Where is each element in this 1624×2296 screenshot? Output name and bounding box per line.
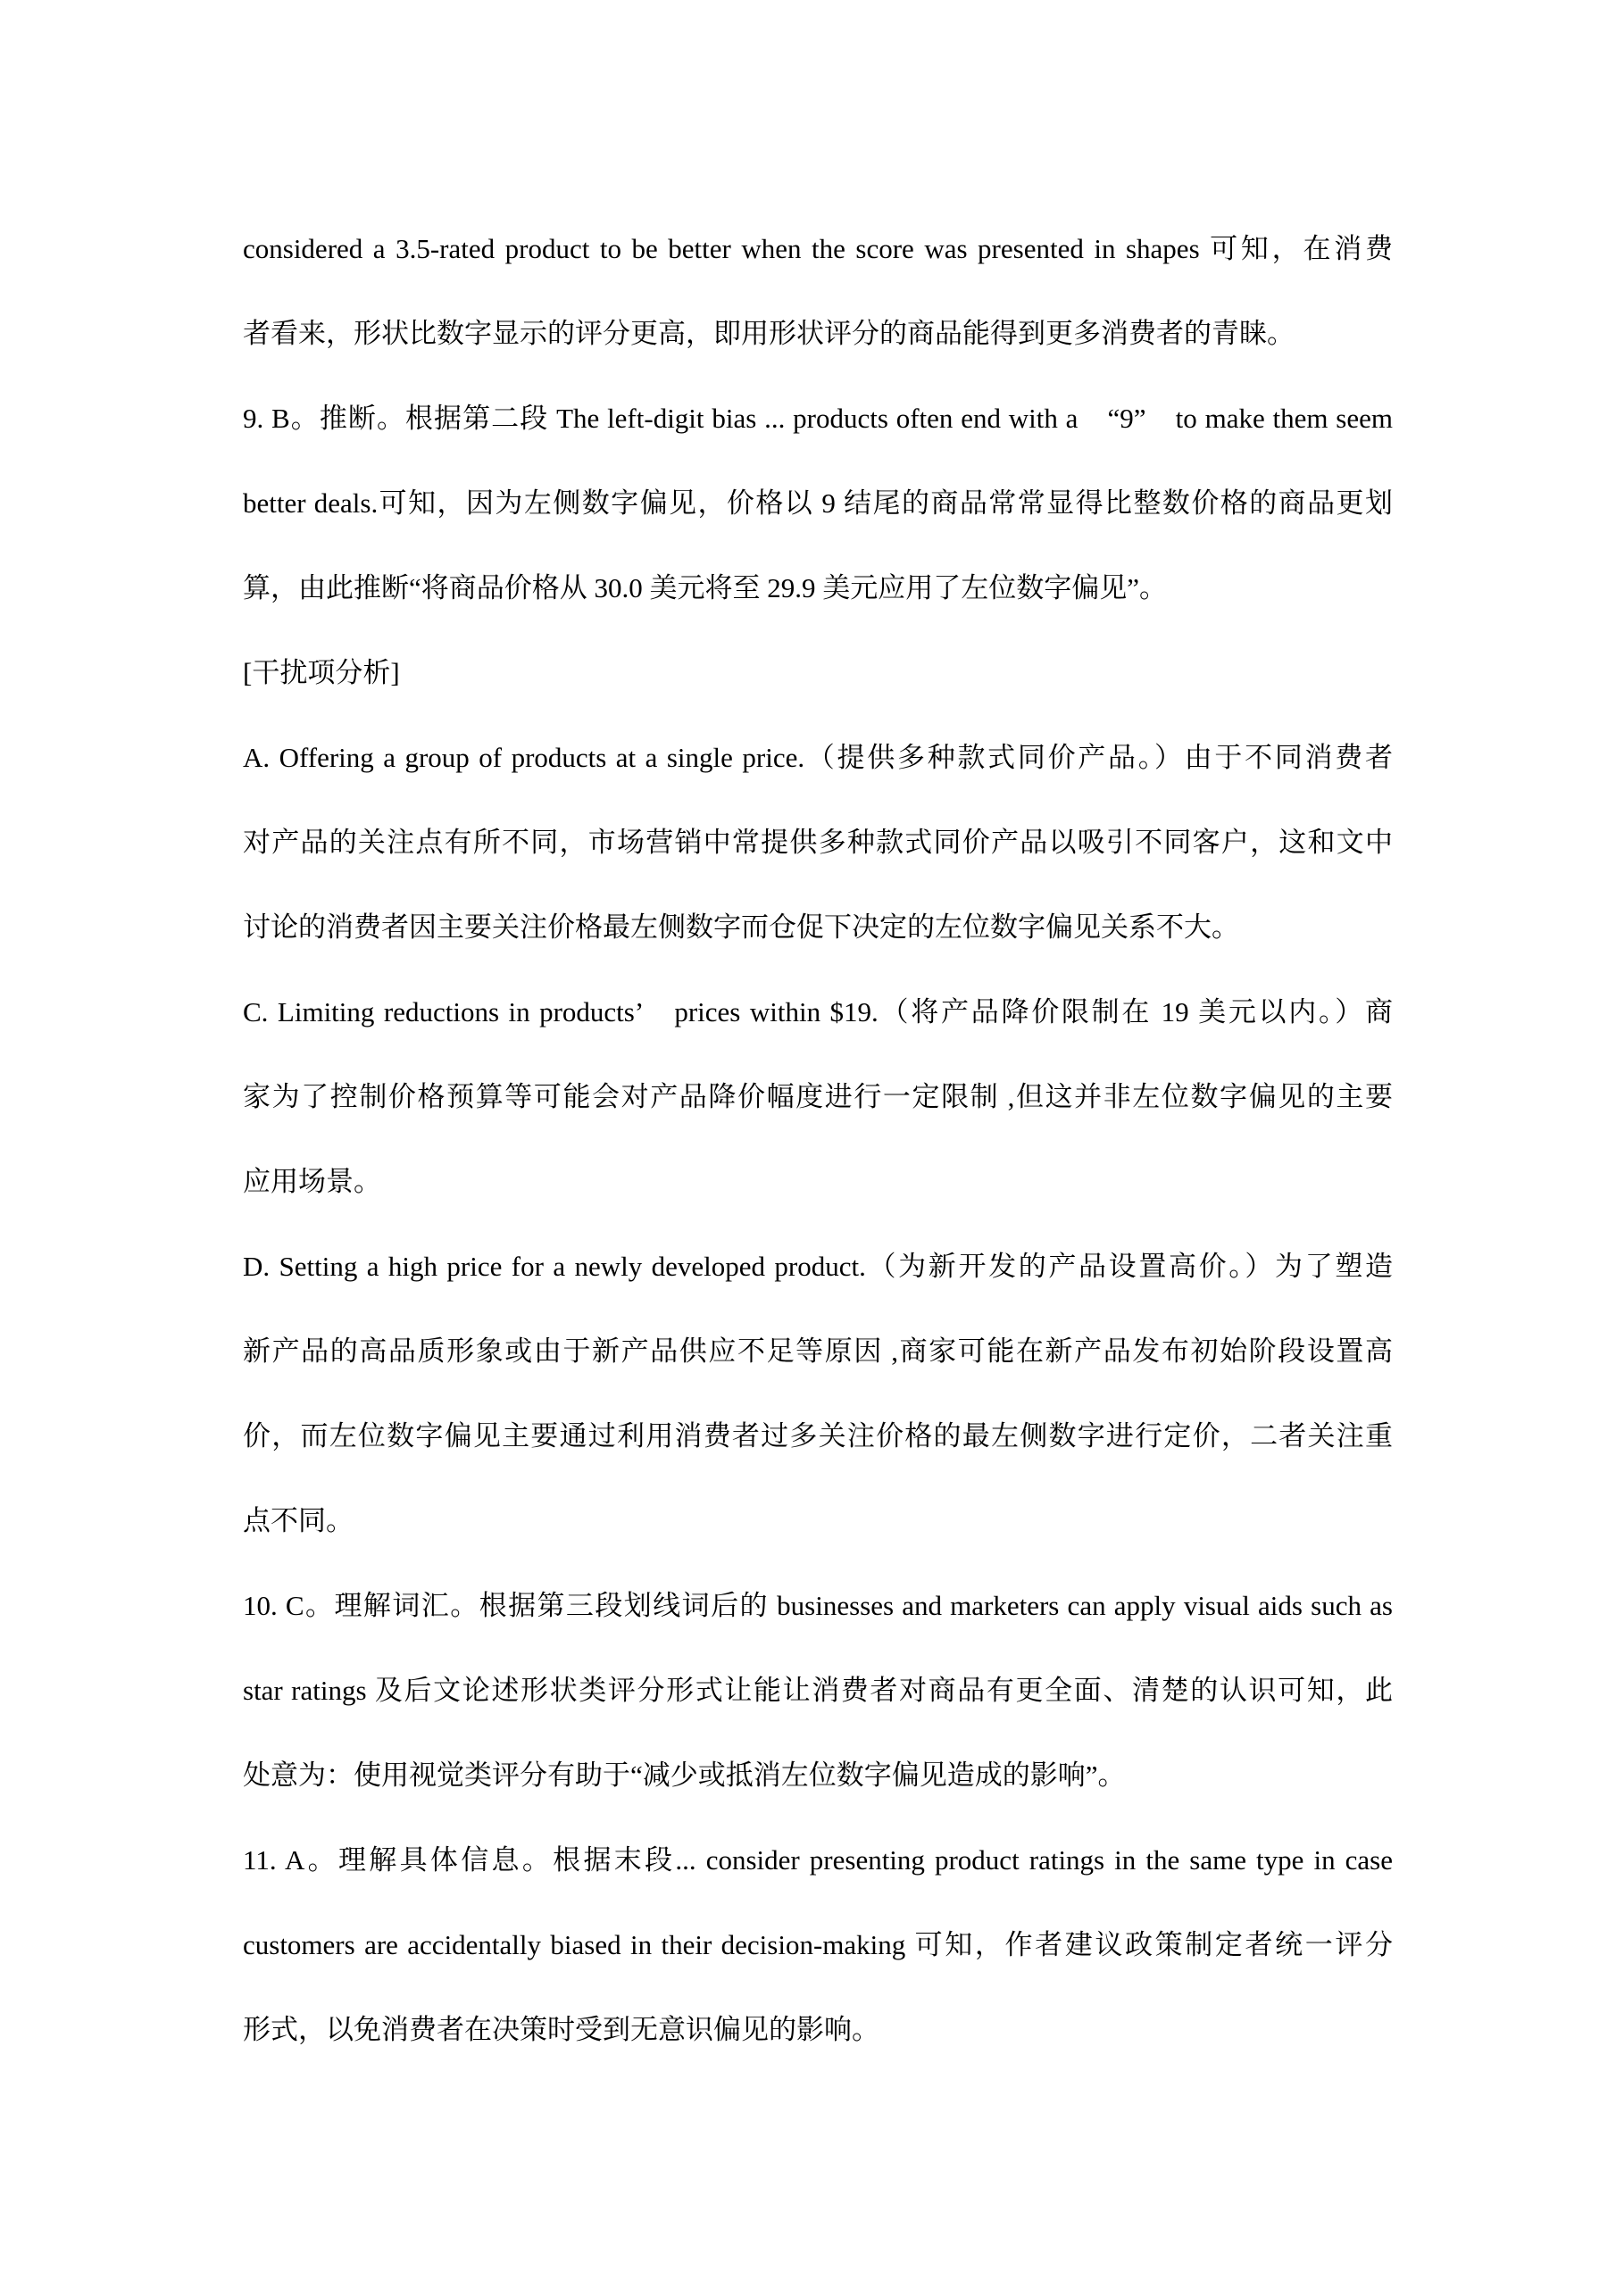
text-line: considered a 3.5-rated product to be bet… (243, 206, 1393, 291)
text-line: 9. B。推断。根据第二段 The left-digit bias ... pr… (243, 376, 1393, 461)
text-line: A. Offering a group of products at a sin… (243, 715, 1393, 800)
text-line: 处意为：使用视觉类评分有助于“减少或抵消左位数字偏见造成的影响”。 (243, 1733, 1393, 1818)
text-line: 对产品的关注点有所不同，市场营销中常提供多种款式同价产品以吸引不同客户，这和文中 (243, 800, 1393, 885)
distractor-analysis-heading: [干扰项分析] (243, 630, 1393, 715)
text-line: better deals.可知，因为左侧数字偏见，价格以 9 结尾的商品常常显得… (243, 461, 1393, 545)
text-line: 点不同。 (243, 1478, 1393, 1563)
text-line: 家为了控制价格预算等可能会对产品降价幅度进行一定限制 ,但这并非左位数字偏见的主… (243, 1054, 1393, 1139)
document-page: considered a 3.5-rated product to be bet… (0, 0, 1624, 2296)
text-line: star ratings 及后文论述形状类评分形式让能让消费者对商品有更全面、清… (243, 1648, 1393, 1733)
text-line: 形式，以免消费者在决策时受到无意识偏见的影响。 (243, 1987, 1393, 2072)
text-line: 10. C。理解词汇。根据第三段划线词后的 businesses and mar… (243, 1563, 1393, 1648)
text-line: 应用场景。 (243, 1139, 1393, 1224)
text-line: 11. A。理解具体信息。根据末段... consider presenting… (243, 1818, 1393, 1902)
document-text-block: considered a 3.5-rated product to be bet… (243, 206, 1393, 2072)
text-line: customers are accidentally biased in the… (243, 1902, 1393, 1987)
text-line: C. Limiting reductions in products’ pric… (243, 969, 1393, 1054)
text-line: 新产品的高品质形象或由于新产品供应不足等原因 ,商家可能在新产品发布初始阶段设置… (243, 1309, 1393, 1393)
text-line: 者看来，形状比数字显示的评分更高，即用形状评分的商品能得到更多消费者的青睐。 (243, 291, 1393, 376)
text-line: 算，由此推断“将商品价格从 30.0 美元将至 29.9 美元应用了左位数字偏见… (243, 545, 1393, 630)
text-line: 价，而左位数字偏见主要通过利用消费者过多关注价格的最左侧数字进行定价，二者关注重 (243, 1393, 1393, 1478)
text-line: D. Setting a high price for a newly deve… (243, 1224, 1393, 1309)
text-line: 讨论的消费者因主要关注价格最左侧数字而仓促下决定的左位数字偏见关系不大。 (243, 885, 1393, 969)
